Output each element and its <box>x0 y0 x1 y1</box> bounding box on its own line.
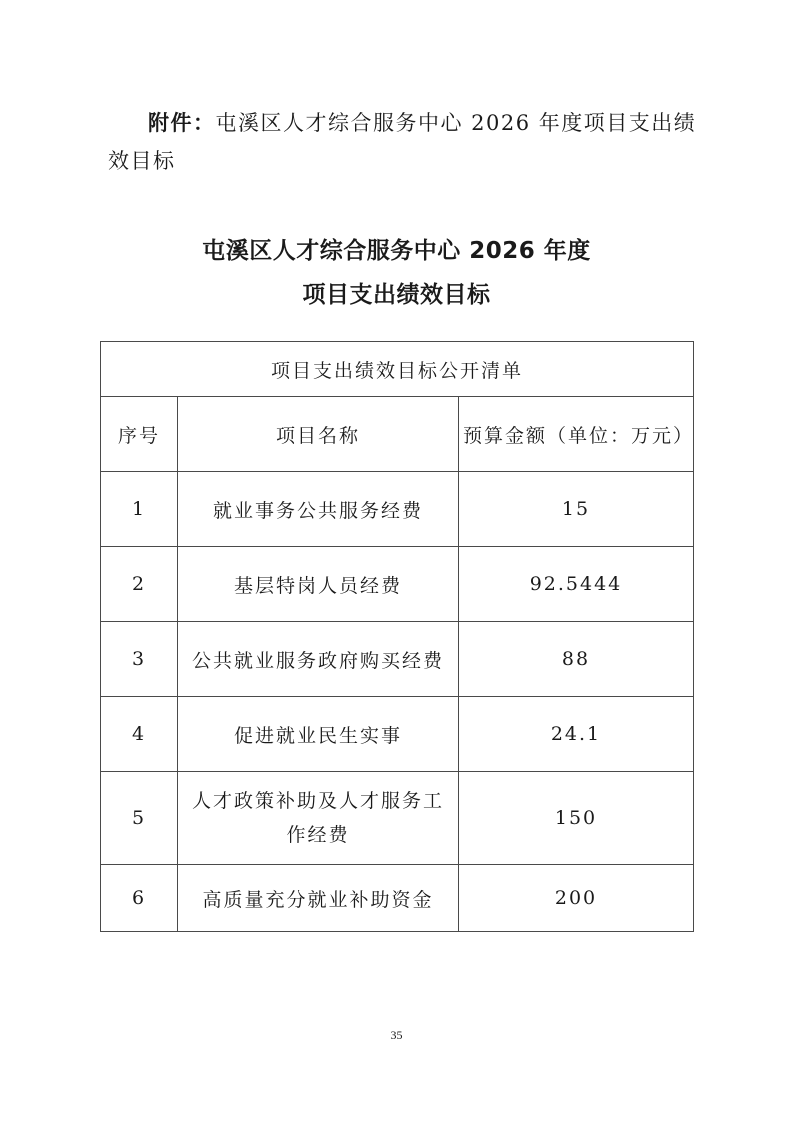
page-number: 35 <box>0 1028 793 1043</box>
row-project-name: 公共就业服务政府购买经费 <box>178 622 459 697</box>
table-row: 5 人才政策补助及人才服务工作经费 150 <box>101 772 694 865</box>
row-amount: 92.5444 <box>459 547 694 622</box>
table-caption-row: 项目支出绩效目标公开清单 <box>101 342 694 397</box>
table-row: 2 基层特岗人员经费 92.5444 <box>101 547 694 622</box>
document-title-line1: 屯溪区人才综合服务中心 2026 年度 <box>0 232 793 265</box>
table-row: 1 就业事务公共服务经费 15 <box>101 472 694 547</box>
row-index: 1 <box>101 472 178 547</box>
row-index: 3 <box>101 622 178 697</box>
row-project-name: 促进就业民生实事 <box>178 697 459 772</box>
attachment-line: 附件：屯溪区人才综合服务中心 2026 年度项目支出绩效目标 <box>108 104 698 180</box>
row-index: 6 <box>101 865 178 932</box>
header-index: 序号 <box>101 397 178 472</box>
document-title-line2: 项目支出绩效目标 <box>0 276 793 309</box>
table-caption: 项目支出绩效目标公开清单 <box>101 342 694 397</box>
row-project-name: 基层特岗人员经费 <box>178 547 459 622</box>
header-project-name: 项目名称 <box>178 397 459 472</box>
row-index: 2 <box>101 547 178 622</box>
row-index: 4 <box>101 697 178 772</box>
row-amount: 200 <box>459 865 694 932</box>
row-amount: 88 <box>459 622 694 697</box>
row-project-name: 高质量充分就业补助资金 <box>178 865 459 932</box>
table-row: 4 促进就业民生实事 24.1 <box>101 697 694 772</box>
row-amount: 24.1 <box>459 697 694 772</box>
attachment-label: 附件： <box>148 111 216 135</box>
performance-targets-table: 项目支出绩效目标公开清单 序号 项目名称 预算金额（单位：万元） 1 就业事务公… <box>100 341 694 932</box>
row-index: 5 <box>101 772 178 865</box>
row-project-name: 就业事务公共服务经费 <box>178 472 459 547</box>
table-header-row: 序号 项目名称 预算金额（单位：万元） <box>101 397 694 472</box>
row-amount: 150 <box>459 772 694 865</box>
table-row: 6 高质量充分就业补助资金 200 <box>101 865 694 932</box>
row-project-name: 人才政策补助及人才服务工作经费 <box>178 772 459 865</box>
header-budget-amount: 预算金额（单位：万元） <box>459 397 694 472</box>
row-amount: 15 <box>459 472 694 547</box>
table-row: 3 公共就业服务政府购买经费 88 <box>101 622 694 697</box>
